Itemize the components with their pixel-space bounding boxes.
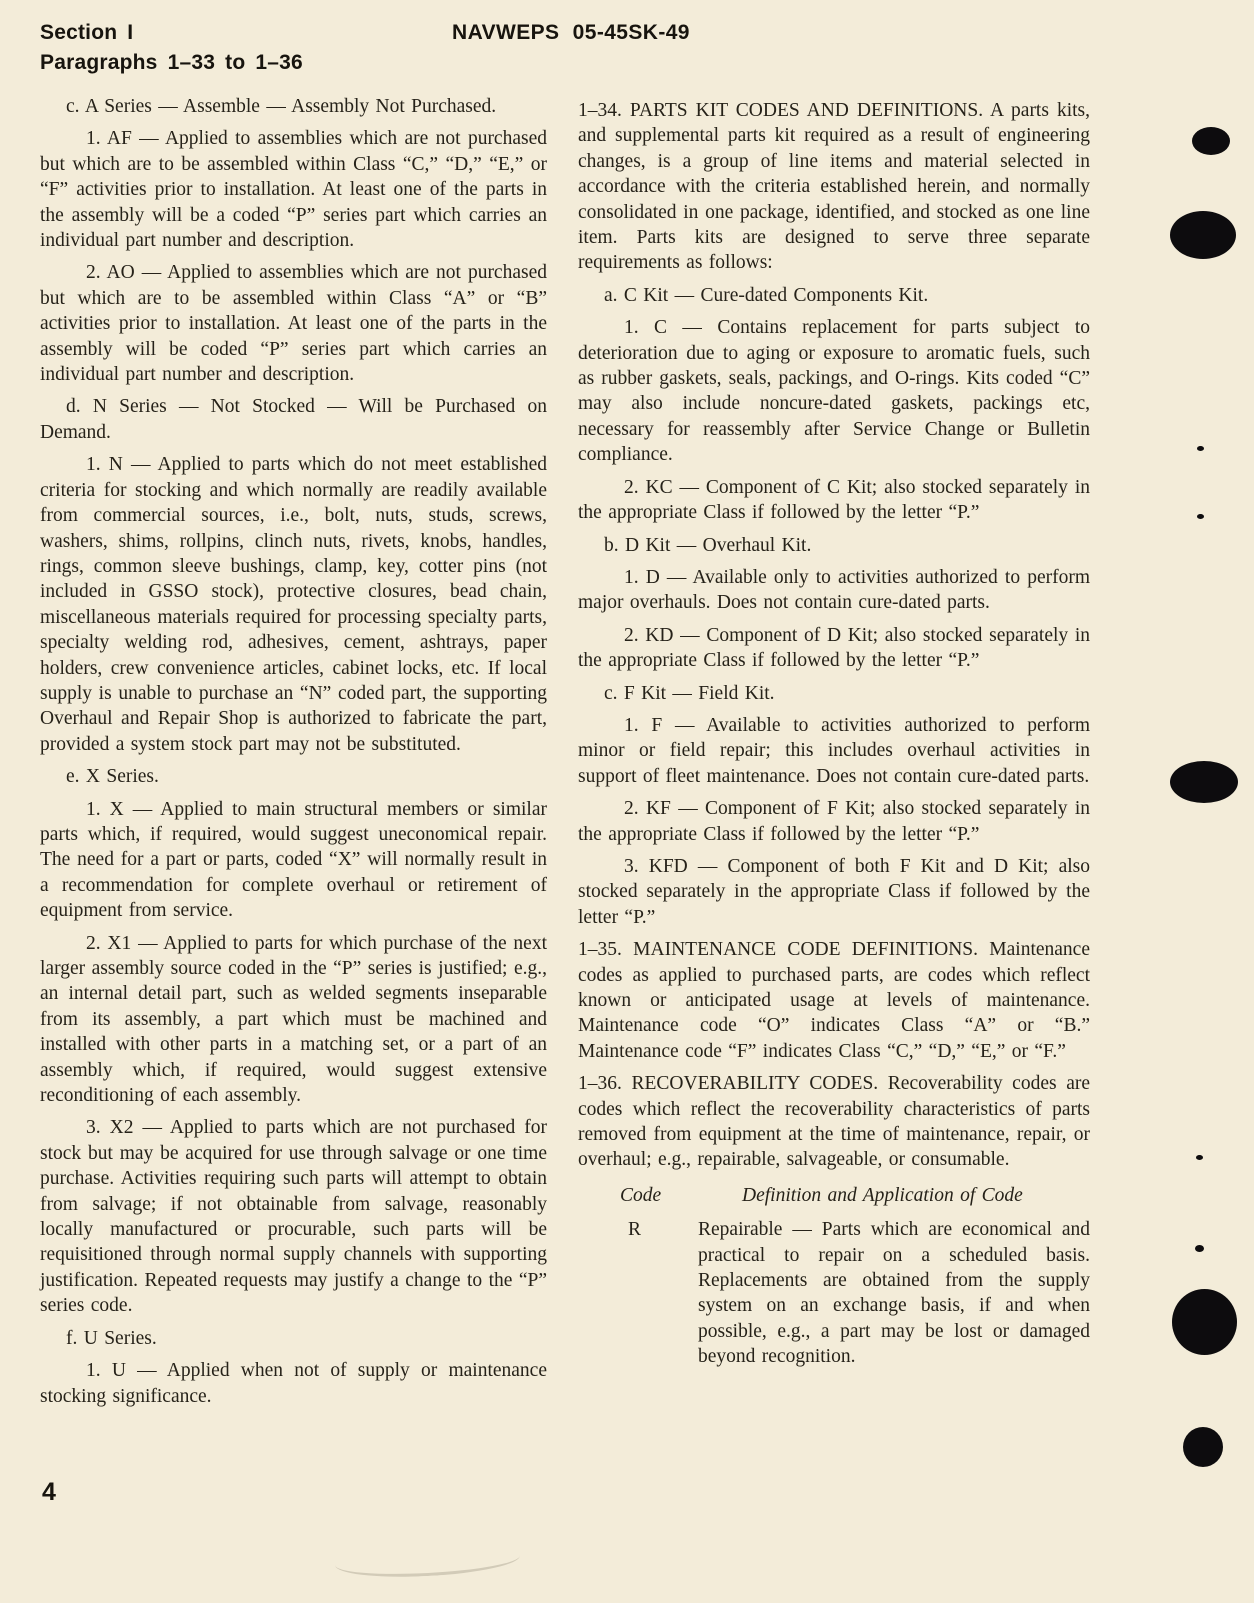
paragraph-f: 1. F — Available to activities authorize… — [578, 713, 1090, 789]
paragraph-c: 1. C — Contains replacement for parts su… — [578, 315, 1090, 467]
paragraph-kd: 2. KD — Component of D Kit; also stocked… — [578, 623, 1090, 674]
paragraph-c-kit: a. C Kit — Cure-dated Components Kit. — [578, 283, 1090, 308]
paragraph-a-series: c. A Series — Assemble — Assembly Not Pu… — [40, 94, 547, 119]
ink-blot — [1196, 1155, 1203, 1160]
ink-blot — [1197, 446, 1204, 451]
table-row: R Repairable — Parts which are economica… — [578, 1217, 1090, 1369]
code-table: Code Definition and Application of Code … — [578, 1183, 1090, 1370]
ink-blot — [1192, 127, 1230, 155]
definition-column-header: Definition and Application of Code — [698, 1183, 1023, 1208]
ink-blot — [1197, 514, 1204, 519]
heading-1-36: 1–36. RECOVERABILITY CODES. Recoverabili… — [578, 1071, 1090, 1173]
code-cell-r: R — [578, 1217, 698, 1369]
document-number: NAVWEPS 05-45SK-49 — [452, 18, 690, 48]
manual-page: Section I Paragraphs 1–33 to 1–36 NAVWEP… — [0, 0, 1254, 1603]
paragraph-ao: 2. AO — Applied to assemblies which are … — [40, 260, 547, 387]
ink-blot — [1172, 1289, 1237, 1355]
paragraph-af: 1. AF — Applied to assemblies which are … — [40, 126, 547, 253]
page-number: 4 — [42, 1478, 56, 1507]
scan-smudge — [334, 1540, 520, 1581]
heading-1-34: 1–34. PARTS KIT CODES AND DEFINITIONS. A… — [578, 98, 1090, 276]
paragraph-u: 1. U — Applied when not of supply or mai… — [40, 1358, 547, 1409]
code-table-header: Code Definition and Application of Code — [578, 1183, 1090, 1208]
paragraph-kf: 2. KF — Component of F Kit; also stocked… — [578, 796, 1090, 847]
paragraph-n-series: d. N Series — Not Stocked — Will be Purc… — [40, 394, 547, 445]
paragraph-d: 1. D — Available only to activities auth… — [578, 565, 1090, 616]
paragraph-u-series: f. U Series. — [40, 1326, 547, 1351]
paragraph-d-kit: b. D Kit — Overhaul Kit. — [578, 533, 1090, 558]
paragraph-n: 1. N — Applied to parts which do not mee… — [40, 452, 547, 757]
definition-cell-r: Repairable — Parts which are economical … — [698, 1217, 1090, 1369]
paragraph-x1: 2. X1 — Applied to parts for which purch… — [40, 931, 547, 1109]
paragraph-x-series: e. X Series. — [40, 764, 547, 789]
paragraph-kc: 2. KC — Component of C Kit; also stocked… — [578, 475, 1090, 526]
paragraph-kfd: 3. KFD — Component of both F Kit and D K… — [578, 854, 1090, 930]
header-left: Section I Paragraphs 1–33 to 1–36 — [40, 18, 303, 78]
paragraph-range: Paragraphs 1–33 to 1–36 — [40, 48, 303, 78]
ink-blot — [1170, 761, 1238, 803]
paragraph-x: 1. X — Applied to main structural member… — [40, 797, 547, 924]
left-column: c. A Series — Assemble — Assembly Not Pu… — [40, 94, 547, 1416]
heading-1-35: 1–35. MAINTENANCE CODE DEFINITIONS. Main… — [578, 937, 1090, 1064]
ink-blot — [1195, 1245, 1204, 1252]
ink-blot — [1183, 1427, 1223, 1467]
code-column-header: Code — [578, 1183, 698, 1208]
ink-blot — [1170, 211, 1236, 259]
paragraph-x2: 3. X2 — Applied to parts which are not p… — [40, 1115, 547, 1318]
section-title: Section I — [40, 18, 303, 48]
paragraph-f-kit: c. F Kit — Field Kit. — [578, 681, 1090, 706]
right-column: 1–34. PARTS KIT CODES AND DEFINITIONS. A… — [578, 94, 1090, 1370]
